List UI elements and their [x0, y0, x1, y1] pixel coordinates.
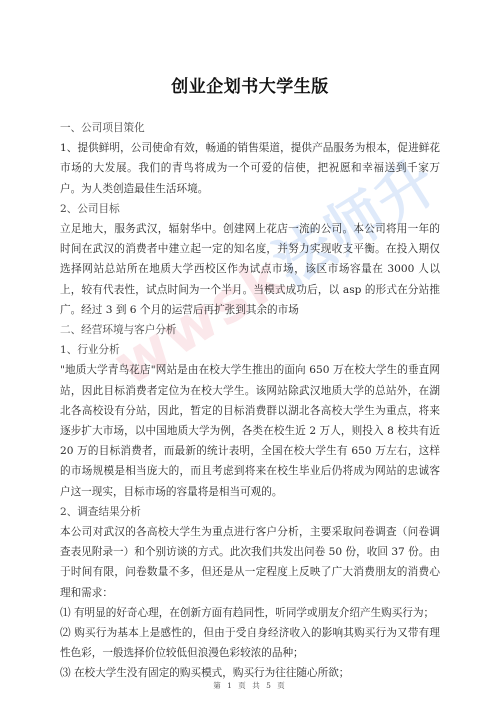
section-heading: 一、公司项目策化: [60, 118, 440, 138]
document-title: 创业企划书大学生版: [0, 72, 500, 97]
section-heading: 1、行业分析: [60, 340, 440, 360]
page-number: 第 1 页 共 5 页: [0, 680, 500, 691]
paragraph: 本公司对武汉的各高校大学生为重点进行客户分析，主要采取问卷调查（问卷调查表见附录…: [60, 522, 440, 603]
paragraph: "地质大学青鸟花店"网站是由在校大学生推出的面向 650 万在校大学生的垂直网站…: [60, 360, 440, 501]
section-heading: 2、调查结果分析: [60, 502, 440, 522]
list-item: ⑵ 购买行为基本上是感性的，但由于受自身经济收入的影响其购买行为又带有理性色彩，…: [60, 623, 440, 663]
paragraph: 立足地大，服务武汉，辐射华中。创建网上花店一流的公司。本公司将用一年的时间在武汉…: [60, 219, 440, 320]
list-item: ⑴ 有明显的好奇心理，在创新方面有趋同性，听同学或朋友介绍产生购买行为；: [60, 603, 440, 623]
document-page: wwsk法师升 创业企划书大学生版 一、公司项目策化 1、提供鲜明，公司使命有效…: [0, 0, 500, 706]
document-body: 一、公司项目策化 1、提供鲜明，公司使命有效，畅通的销售渠道，提供产品服务为根本…: [60, 118, 440, 684]
paragraph: 1、提供鲜明，公司使命有效，畅通的销售渠道，提供产品服务为根本，促进鲜花市场的大…: [60, 138, 440, 199]
section-heading: 二、经营环境与客户分析: [60, 320, 440, 340]
section-heading: 2、公司目标: [60, 199, 440, 219]
